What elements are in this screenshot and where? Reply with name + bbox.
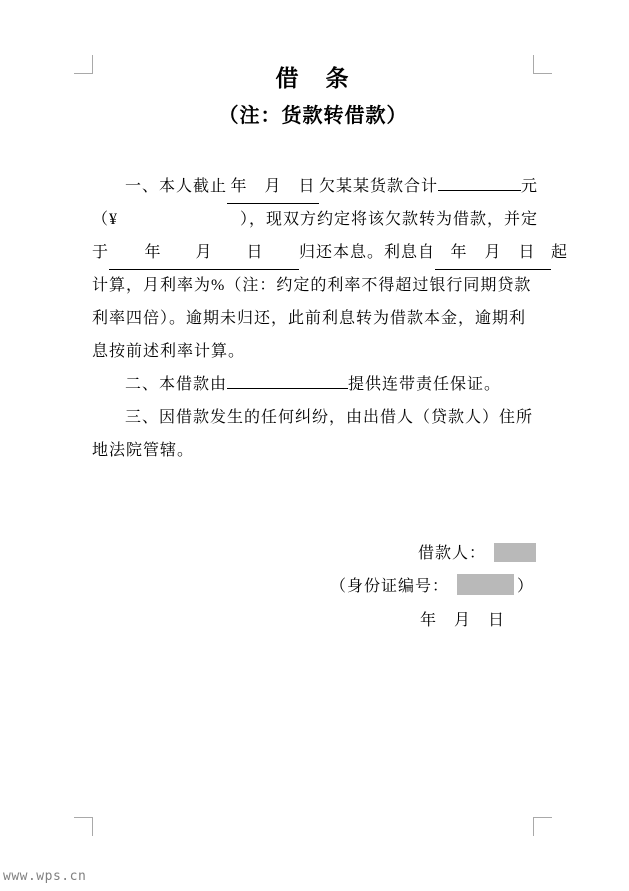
body-text: 地法院管辖。	[92, 442, 194, 459]
margin-corner-mark-top-left	[74, 55, 93, 74]
body-text: 计算，月利率为%（注：约定的利率不得超过银行同期贷款	[92, 277, 531, 294]
fill-in-blank: 年 月 日	[435, 236, 551, 270]
body-text: 提供连带责任保证。	[348, 376, 501, 393]
body-text: 于	[92, 244, 109, 261]
body-text: 利率四倍）。逾期未归还，此前利息转为借款本金，逾期利	[92, 310, 526, 327]
margin-corner-mark-top-right	[533, 55, 552, 74]
doc-subtitle: （注：货款转借款）	[92, 100, 534, 132]
body-line: 一、本人截止年 月 日欠某某货款合计元	[92, 170, 552, 203]
body-line: 二、本借款由提供连带责任保证。	[92, 368, 552, 401]
body-line: （¥），现双方约定将该欠款转为借款，并定	[92, 203, 552, 236]
body-text: 三、因借款发生的任何纠纷，由出借人（贷款人）住所	[125, 409, 533, 426]
body-text: 起	[551, 244, 568, 261]
body-line: 息按前述利率计算。	[92, 335, 552, 368]
margin-corner-mark-bottom-left	[74, 817, 93, 836]
id-label-open: （身份证编号：	[330, 578, 449, 595]
body-text: 一、本人截止	[125, 178, 227, 195]
body-line: 于年 月 日归还本息。利息自年 月 日起	[92, 236, 552, 269]
doc-title: 借 条	[92, 62, 534, 96]
body-line: 地法院管辖。	[92, 434, 552, 467]
signature-date-line: 年 月 日	[420, 604, 505, 637]
borrower-label: 借款人：	[418, 545, 486, 562]
redaction-box-id-number	[457, 574, 514, 595]
signature-id-line: （身份证编号：）	[330, 570, 534, 603]
fill-in-blank	[438, 190, 521, 191]
body-line: 计算，月利率为%（注：约定的利率不得超过银行同期贷款	[92, 269, 552, 302]
watermark-text: www.wps.cn	[3, 869, 86, 884]
redaction-box-borrower-name	[494, 543, 536, 562]
body-line: 三、因借款发生的任何纠纷，由出借人（贷款人）住所	[92, 401, 552, 434]
id-label-close: ）	[517, 578, 534, 595]
body-text: ），现双方约定将该欠款转为借款，并定	[240, 211, 538, 228]
fill-in-blank: 年 月 日	[227, 170, 319, 204]
body-text: 归还本息。利息自	[299, 244, 435, 261]
fill-in-blank	[227, 388, 348, 389]
signature-borrower-line: 借款人：	[418, 537, 539, 570]
body-text: 欠某某货款合计	[319, 178, 438, 195]
margin-corner-mark-bottom-right	[533, 817, 552, 836]
document-body: 一、本人截止年 月 日欠某某货款合计元（¥），现双方约定将该欠款转为借款，并定于…	[92, 170, 552, 467]
body-text: （¥	[92, 211, 118, 228]
body-text: 元	[521, 178, 538, 195]
body-text: 二、本借款由	[125, 376, 227, 393]
body-line: 利率四倍）。逾期未归还，此前利息转为借款本金，逾期利	[92, 302, 552, 335]
document-page: 借 条 （注：货款转借款） 一、本人截止年 月 日欠某某货款合计元（¥），现双方…	[0, 0, 629, 891]
fill-in-blank: 年 月 日	[109, 236, 299, 270]
body-text: 息按前述利率计算。	[92, 343, 245, 360]
